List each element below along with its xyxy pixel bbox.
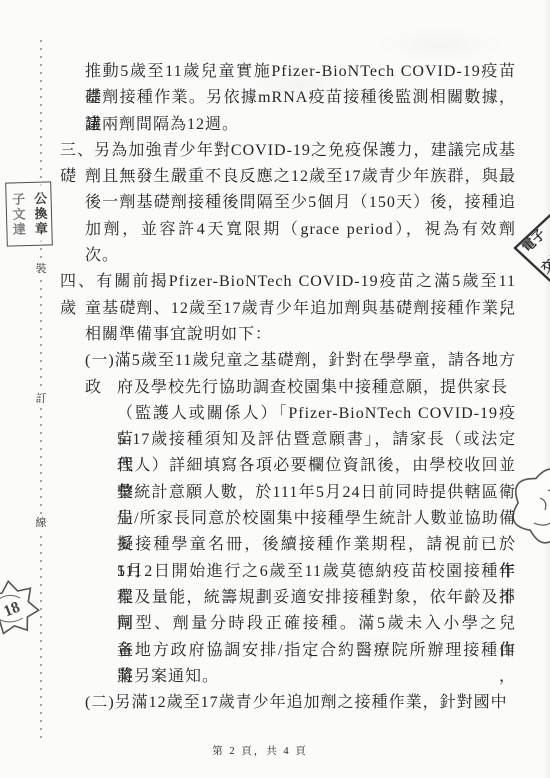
text-line: 三、另為加強青少年對COVID-19之免疫保護力，建議完成基礎 bbox=[60, 138, 516, 164]
text-line: 整統計意願人數，於111年5月24日前同時提供轄區衛生 bbox=[117, 480, 516, 506]
text-line: 擬接種學童名冊，後續接種作業期程，請視前已於111年 bbox=[117, 532, 516, 558]
text-line: 府及學校先行協助調查校園集中接種意願，提供家長 bbox=[117, 375, 516, 401]
text-line: (一)滿5歲至11歲兒童之基礎劑，針對在學學童，請各地方政 bbox=[85, 348, 516, 374]
text-line: 5月2日開始進行之6歲至11歲莫德納疫苗校園接種作業排 bbox=[117, 559, 516, 585]
document-page: 裝 訂 線 子文達 公換章 18 電子 交換 推動5歲至11歲兒童實施Pfize… bbox=[0, 0, 550, 778]
text-line: 劑型、劑量分時段正確接種。滿5歲未入小學之兒童，由 bbox=[117, 611, 516, 637]
text-line: 後一劑基礎劑接種後間隔至少5個月（150天）後，接種追 bbox=[85, 190, 516, 216]
text-line: 推動5歲至11歲兒童實施Pfizer-BioNTech COVID-19疫苗基 bbox=[85, 59, 516, 85]
text-line: 5-17歲接種須知及評估暨意願書」，請家長（或法定代 bbox=[117, 427, 516, 453]
text-line: (二)另滿12歲至17歲青少年追加劑之接種作業，針對國中 bbox=[85, 690, 516, 716]
text-line: 四、有關前揭Pfizer-BioNTech COVID-19疫苗之滿5歲至11歲… bbox=[60, 269, 516, 295]
text-line: 理人）詳細填寫各項必要欄位資訊後，由學校收回並彙 bbox=[117, 453, 516, 479]
text-line: 礎劑接種作業。另依據mRNA疫苗接種後監測相關數據，建 bbox=[85, 85, 516, 111]
text-line: 加劑，並容許4天寬限期（grace period），視為有效劑 bbox=[85, 217, 516, 243]
text-line: 局/所家長同意於校園集中接種學生統計人數並協助備妥 bbox=[117, 506, 516, 532]
page-footer: 第 2 頁，共 4 頁 bbox=[150, 743, 370, 758]
text-line: （監護人或關係人）「Pfizer-BioNTech COVID-19疫苗 bbox=[117, 401, 516, 427]
text-line: 童基礎劑、12歲至17歲青少年追加劑與基礎劑接種作業， bbox=[85, 296, 516, 322]
document-body: 推動5歲至11歲兒童實施Pfizer-BioNTech COVID-19疫苗基礎… bbox=[0, 59, 550, 716]
text-line: 各地方政府協調安排/指定合約醫療院所辦理接種作業， bbox=[117, 638, 516, 664]
text-line: 相關準備事宜說明如下： bbox=[85, 322, 516, 348]
text-line: 次。 bbox=[85, 243, 516, 269]
text-line: 劑且無發生嚴重不良反應之12歲至17歲青少年族群，與最 bbox=[85, 164, 516, 190]
text-line: 程及量能，統籌規劃妥適安排接種對象，依年齡及不同 bbox=[117, 585, 516, 611]
text-line: 議兩劑間隔為12週。 bbox=[85, 112, 516, 138]
